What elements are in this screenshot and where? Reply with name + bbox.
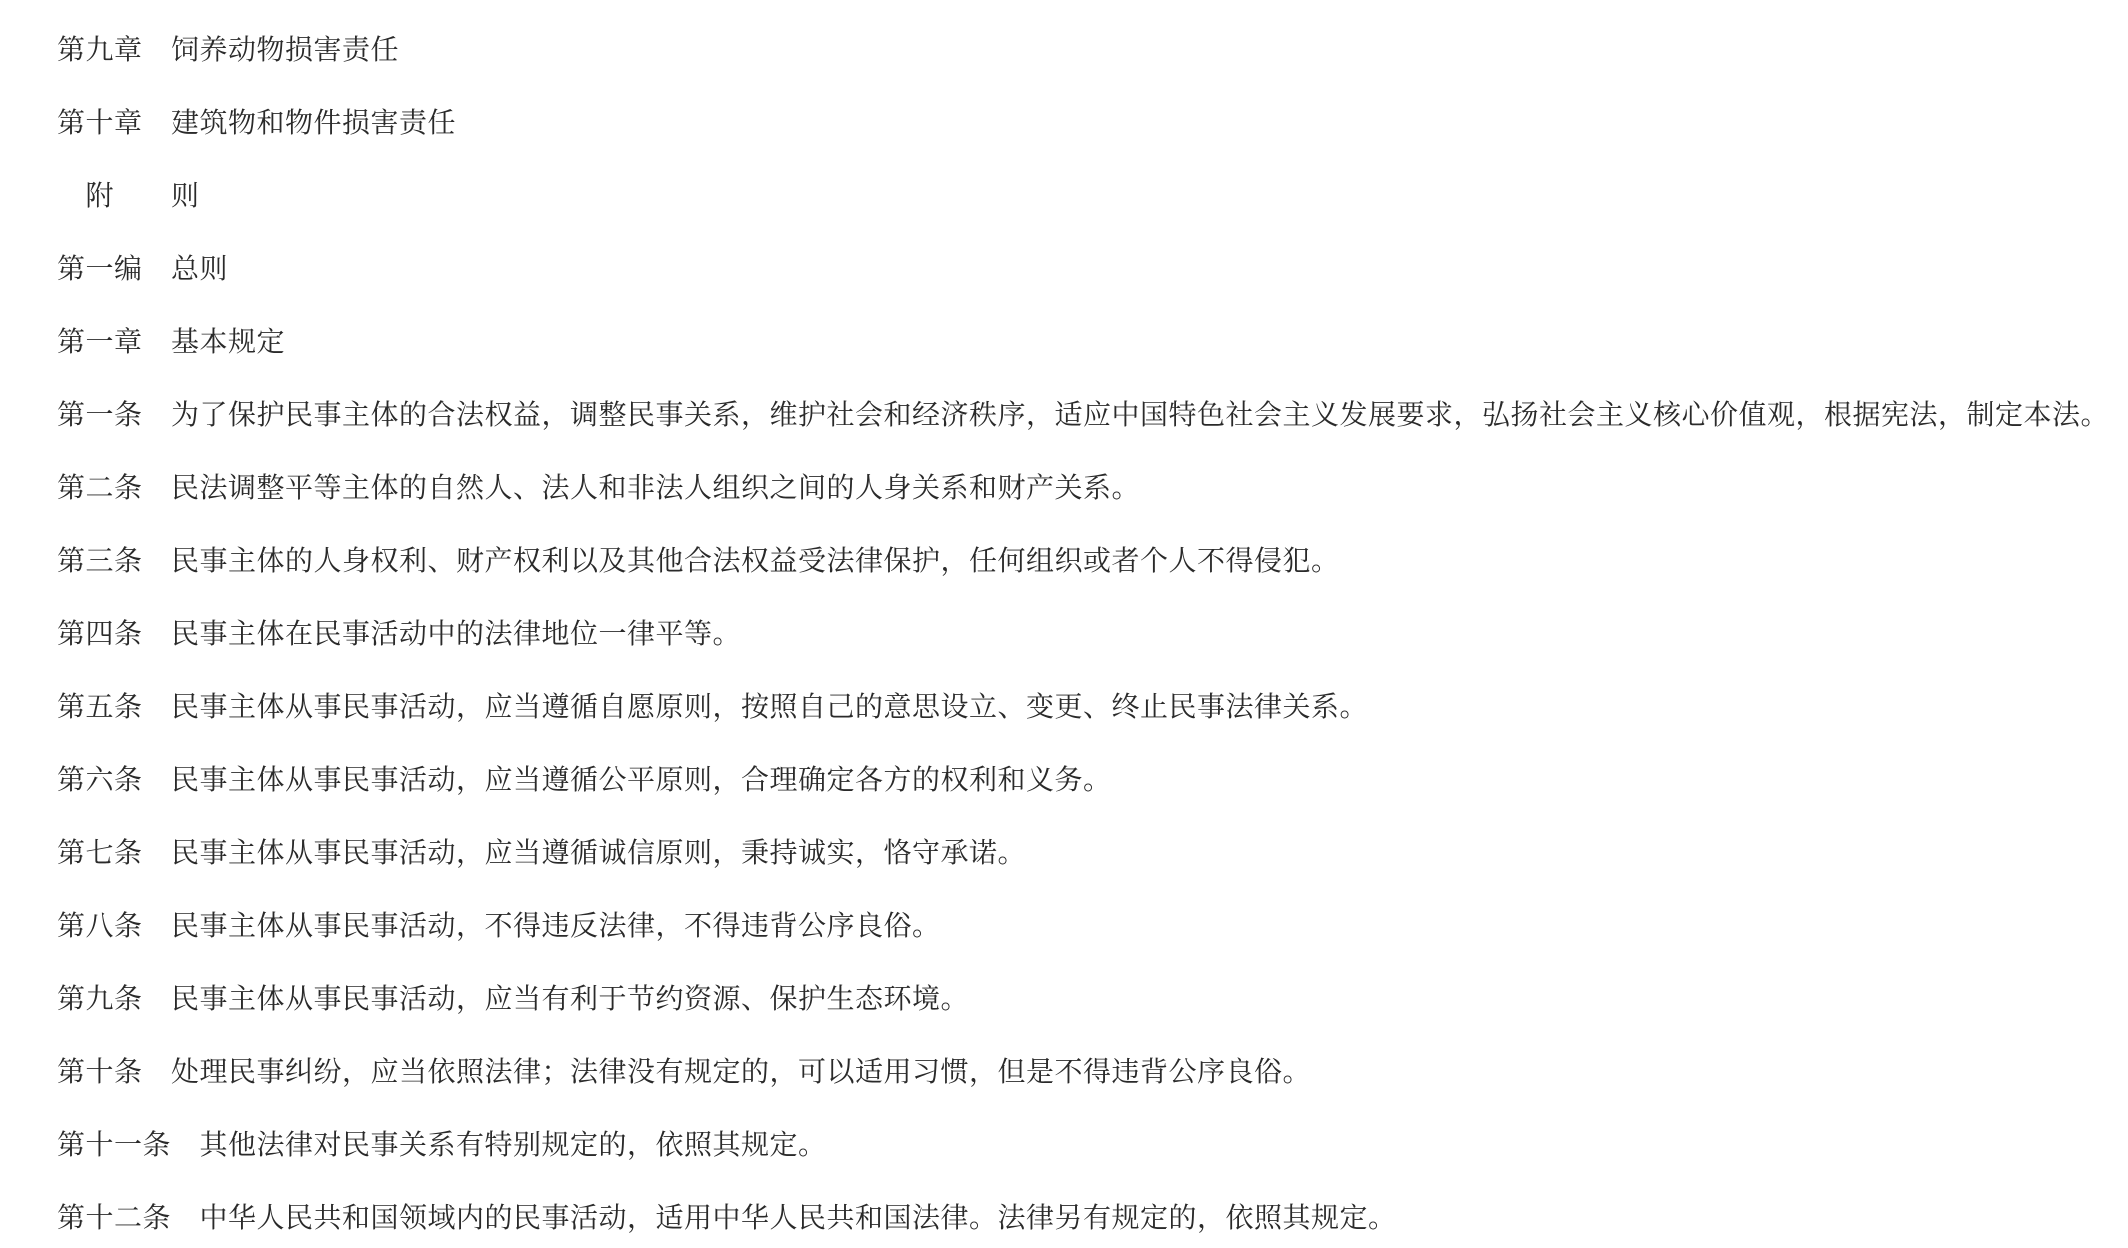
part-heading-line: 第一编 总则 <box>57 232 2098 305</box>
article-line-9: 第九条 民事主体从事民事活动，应当有利于节约资源、保护生态环境。 <box>57 962 2098 1035</box>
chapter-heading-line: 第一章 基本规定 <box>57 305 2098 378</box>
article-line-6: 第六条 民事主体从事民事活动，应当遵循公平原则，合理确定各方的权利和义务。 <box>57 743 2098 816</box>
article-line-8: 第八条 民事主体从事民事活动，不得违反法律，不得违背公序良俗。 <box>57 889 2098 962</box>
article-line-3: 第三条 民事主体的人身权利、财产权利以及其他合法权益受法律保护，任何组织或者个人… <box>57 524 2098 597</box>
article-line-5: 第五条 民事主体从事民事活动，应当遵循自愿原则，按照自己的意思设立、变更、终止民… <box>57 670 2098 743</box>
toc-chapter-line: 第十章 建筑物和物件损害责任 <box>57 86 2098 159</box>
document-body: 第九章 饲养动物损害责任 第十章 建筑物和物件损害责任 附 则 第一编 总则 第… <box>0 0 2128 1248</box>
article-line-1: 第一条 为了保护民事主体的合法权益，调整民事关系，维护社会和经济秩序，适应中国特… <box>57 378 2098 451</box>
article-line-4: 第四条 民事主体在民事活动中的法律地位一律平等。 <box>57 597 2098 670</box>
toc-chapter-line: 第九章 饲养动物损害责任 <box>57 13 2098 86</box>
article-line-2: 第二条 民法调整平等主体的自然人、法人和非法人组织之间的人身关系和财产关系。 <box>57 451 2098 524</box>
article-line-12: 第十二条 中华人民共和国领域内的民事活动，适用中华人民共和国法律。法律另有规定的… <box>57 1181 2098 1248</box>
toc-supplementary-line: 附 则 <box>57 159 2098 232</box>
article-line-7: 第七条 民事主体从事民事活动，应当遵循诚信原则，秉持诚实，恪守承诺。 <box>57 816 2098 889</box>
document-page: 第九章 饲养动物损害责任 第十章 建筑物和物件损害责任 附 则 第一编 总则 第… <box>0 0 2128 1248</box>
article-line-10: 第十条 处理民事纠纷，应当依照法律；法律没有规定的，可以适用习惯，但是不得违背公… <box>57 1035 2098 1108</box>
article-line-11: 第十一条 其他法律对民事关系有特别规定的，依照其规定。 <box>57 1108 2098 1181</box>
